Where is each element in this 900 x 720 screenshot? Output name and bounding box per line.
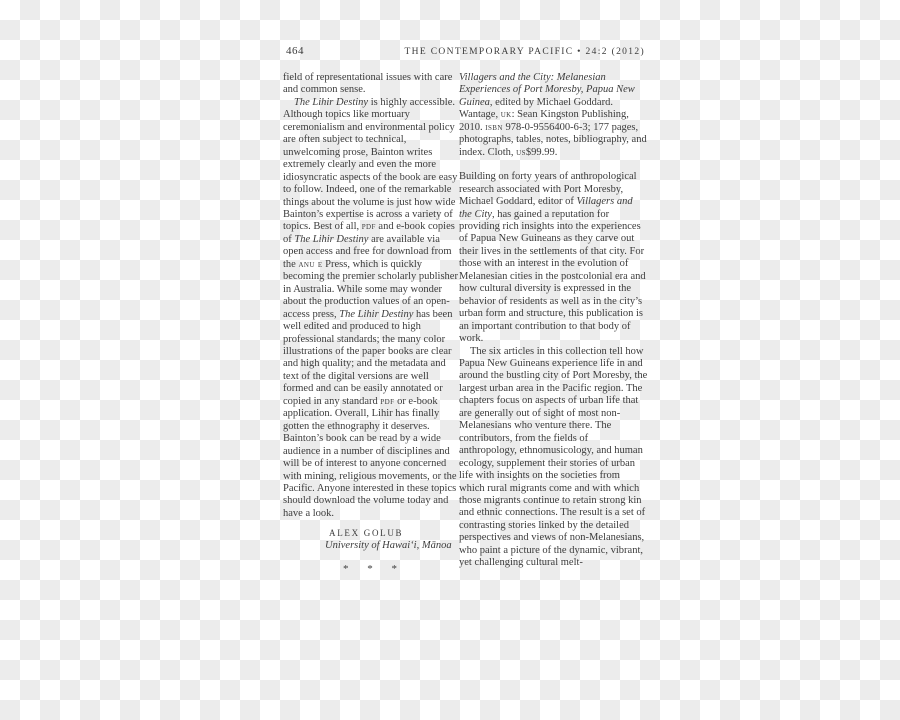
left-column-text: field of representational issues with ca… bbox=[283, 72, 459, 520]
review-citation: Villagers and the City: Melanesian Exper… bbox=[459, 72, 648, 159]
page-number: 464 bbox=[286, 45, 304, 57]
paragraph: field of representational issues with ca… bbox=[283, 72, 459, 97]
journal-title: THE CONTEMPORARY PACIFIC • 24:2 (2012) bbox=[404, 47, 645, 57]
paragraph: The six articles in this collection tell… bbox=[459, 346, 648, 570]
right-column: Villagers and the City: Melanesian Exper… bbox=[459, 72, 648, 570]
paragraph: The Lihir Destiny is highly accessible. … bbox=[283, 97, 459, 520]
reviewer-affiliation: University of Hawai‘i, Mānoa bbox=[325, 540, 459, 552]
right-column-text: Villagers and the City: Melanesian Exper… bbox=[459, 72, 648, 570]
section-divider-asterisks: * * * bbox=[343, 563, 459, 575]
left-column: field of representational issues with ca… bbox=[283, 72, 459, 576]
reviewer-name: ALEX GOLUB bbox=[329, 527, 459, 539]
page-header: 464 THE CONTEMPORARY PACIFIC • 24:2 (201… bbox=[286, 45, 645, 57]
paragraph: Building on forty years of anthropologic… bbox=[459, 171, 648, 345]
journal-page: 464 THE CONTEMPORARY PACIFIC • 24:2 (201… bbox=[0, 0, 900, 720]
